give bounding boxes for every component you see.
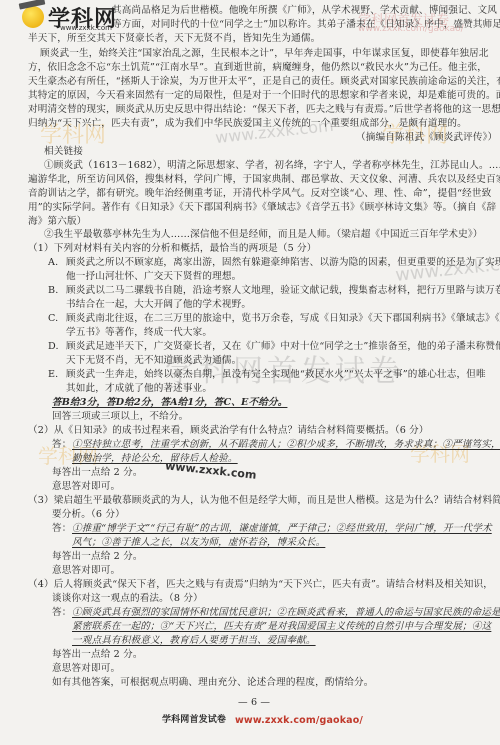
q2-answer: ①坚持独立思考，注重学术创新，从不蹈袭前人；②积少成多，不断增改，务求求真；③严…	[72, 438, 500, 451]
footer-label: 学科网首发试卷	[162, 714, 226, 727]
logo-url: www.zxxk.com	[60, 24, 112, 32]
q1-option-a-label: A.	[48, 256, 58, 269]
passage-line: 其高尚品格足为后世楷模。他晚年所撰《广师》，从学术视野、学术贡献、博闻强记、文风	[112, 4, 497, 17]
q3-answer-label: 答：	[52, 522, 72, 535]
passage-line: 其特定的原因，今天看来固然有一定的局限性，但是对于一个旧时代的思想家和学者来说，…	[28, 89, 500, 102]
passage-line: 天生豪杰必有所任，“拯斯人于涂炭，为万世开太平”，正是自己的责任。顾炎武对国家民…	[28, 75, 500, 88]
q4-answer: 紧密联系在一起的；③“天下兴亡，匹夫有责”是对我国爱国主义传统的自然引申与合理发…	[72, 620, 491, 633]
q1-option-b: 书结合在一起，大大开阔了他的学术视野。	[66, 298, 251, 311]
q3-scoring: 意思答对即可。	[52, 564, 120, 577]
q1-option-d-label: D.	[48, 340, 59, 353]
q2-scoring: 意思答对即可。	[52, 480, 120, 493]
footer-url[interactable]: www.zxxk.com/gaokao/	[235, 714, 363, 727]
passage-line: 顾炎武一生，始终关注“国家治乱之源，生民根本之计”，早年奔走国事，中年谋求匡复，…	[40, 47, 489, 60]
q1-option-e-label: E.	[48, 368, 58, 381]
q2-answer-label: 答：	[52, 438, 72, 451]
mascot-icon	[22, 6, 44, 28]
q1-option-e: 顾炎武一生奔走，始终以豪杰自期，虽没有完全实现他“救民水火”“兴太平之事”的雄心…	[66, 368, 486, 381]
related-item-2: ②我生平最敬慕亭林先生为人……深信他不但是经师，而且是人师。（梁启超《中国近三百…	[44, 228, 483, 241]
passage-source: （摘编自陈祖武《顾炎武评传》）	[356, 131, 497, 144]
related-item-1: 音韵训诂之学，都有研究。晚年治经侧重考证，开清代朴学风气。反对空谈“心、理、性、…	[28, 187, 491, 200]
q4-scoring: 如有其他答案，可根据观点明确、理由充分、论述合理的程度，酌情给分。	[52, 676, 374, 689]
q4-scoring: 每答出一点给 2 分。	[52, 648, 143, 661]
q1-option-c: 学五书》等著作，终成一代大家。	[66, 326, 212, 339]
q3-answer: ①推重“博学于文”“行己有耻”的古训，谦虚谨慎，严于律己；②经世致用，学问广博，…	[72, 522, 492, 535]
related-title: 相关链接	[44, 145, 83, 158]
q4-answer: 一观点具有积极意义，教育后人要勇于担当、爱国奉献。	[72, 634, 316, 647]
q4-answer: ①顾炎武具有强烈的家国情怀和忧国忧民意识；②在顾炎武看来，普通人的命运与国家民族…	[72, 606, 500, 619]
related-item-1: 用”的实际学问。著作有《日知录》《天下郡国利病书》《肇域志》《音学五书》《顾亭林…	[28, 201, 496, 214]
q1-option-a: 他一抒山河壮怀、广交天下贤哲的理想。	[66, 270, 241, 283]
page-number: — 6 —	[238, 696, 270, 709]
passage-line: 对明清交替的现实，顾炎武从历史反思中得出结论：“保天下者，匹夫之贱与有责焉。”后…	[28, 103, 500, 116]
q4-scoring: 意思答对即可。	[52, 662, 120, 675]
passage-line: 等方面，对同时代的十位“同学之士”加以称许。其弟子潘耒在《日知录》序中，盛赞其师…	[112, 18, 500, 31]
exam-answer-page: 学科网 www.zxxk.com 学科网首发试卷 www.zxxk.com/ga…	[0, 0, 500, 745]
q1-option-d: 天下无贤不肖，无不知道顾炎武为通儒。	[66, 354, 241, 367]
related-item-1: ①顾炎武（1613－1682），明清之际思想家、学者，初名绛，字宁人，学者称亭林…	[44, 159, 500, 172]
q1-answer: 答B给3分，答D给2分，答A给1分，答C、E不给分。	[52, 396, 287, 409]
q1-prompt: （1）下列对材料有关内容的分析和概括，最恰当的两项是（5 分）	[28, 242, 317, 255]
q1-option-c: 顾炎武南北往返，在二三万里的旅途中，览书万余卷，写成《日知录》《天下郡国利病书》…	[66, 312, 500, 325]
passage-line: 归纳为“天下兴亡，匹夫有责”，成为我们中华民族爱国主义传统的一个重要组成部分，是…	[28, 117, 467, 130]
q1-option-e: 其如此，才成就了他的著述事业。	[66, 382, 212, 395]
q2-scoring: 每答出一点给 2 分。	[52, 466, 143, 479]
q4-prompt: （4）后人将顾炎武“保天下者，匹夫之贱与有责焉”归纳为“天下兴亡，匹夫有责”。请…	[28, 578, 493, 591]
related-item-1: 遍游华北，所至访问风俗，搜集材料，学问广博，于国家典制、郡邑掌故、天文仪象、河漕…	[28, 173, 500, 186]
q2-prompt: （2）从《日知录》的成书过程来看，顾炎武治学有什么特点？请结合材料简要概括。（6…	[28, 424, 429, 437]
q1-option-d: 顾炎武足迹半天下，广交贤豪长者，又在《广师》中对十位“同学之士”推崇备至，他的弟…	[66, 340, 500, 353]
q3-prompt: 要分析。（6 分）	[52, 508, 125, 521]
q4-prompt: 谈谈你对这一观点的看法。（8 分）	[52, 592, 203, 605]
q3-scoring: 每答出一点给 2 分。	[52, 550, 143, 563]
zxxk-logo: 学科网 www.zxxk.com	[22, 2, 122, 32]
q3-prompt: （3）梁启超生平最敬慕顾炎武的为人，认为他不但是经学大师，而且是世人楷模。这是为…	[28, 494, 500, 507]
q1-option-a: 顾炎武之所以不顾家庭，离家出游，固然有躲避豪绅陷害、以游为隐的因素，但更重要的还…	[66, 256, 500, 269]
passage-line: 半天下，所至交其天下贤豪长者，天下无贤不肖，皆知先生为通儒。	[28, 32, 320, 45]
q1-option-c-label: C.	[48, 312, 58, 325]
q1-note: 回答三项或三项以上，不给分。	[52, 410, 188, 423]
related-item-1: 海》第六版）	[28, 215, 86, 228]
q1-option-b: 顾炎武以二马二骡载书自随，沿途考察人文地理，验证文献记载，搜集畜志材料，把行万里…	[66, 284, 500, 297]
q1-option-b-label: B.	[48, 284, 58, 297]
q3-answer: 风气；③善于推人之长，以友为师，虚怀若谷，博采众长。	[72, 536, 325, 549]
q4-answer-label: 答：	[52, 606, 72, 619]
q2-answer: 勤勉治学，持论公允，留待后人检验。	[72, 452, 238, 465]
passage-line: 方，依旧念念不忘“东土饥荒”“江南水旱”。直到逝世前，病魔缠身，他仍然以“救民水…	[28, 61, 487, 74]
